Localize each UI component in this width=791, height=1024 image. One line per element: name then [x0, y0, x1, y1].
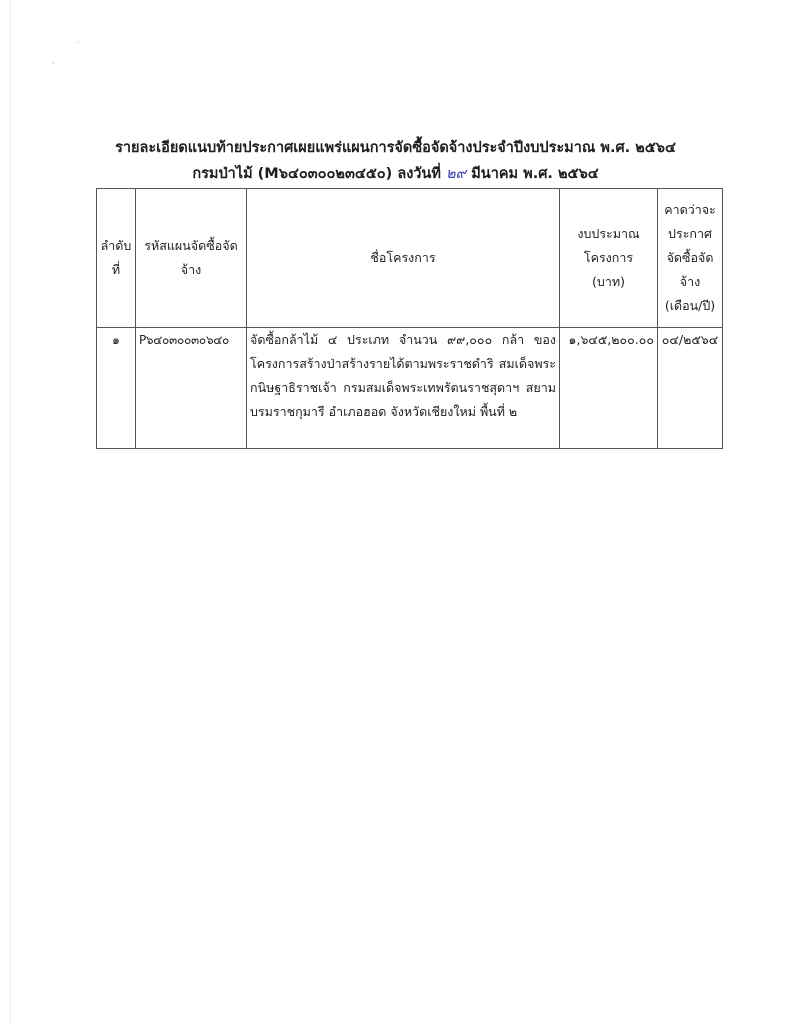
- table-header-row: ลำดับ ที่ รหัสแผนจัดซื้อจัด จ้าง ชื่อโคร…: [97, 189, 723, 328]
- header-plan-code: รหัสแผนจัดซื้อจัด จ้าง: [136, 189, 247, 328]
- header-budget: งบประมาณ โครงการ (บาท): [560, 189, 658, 328]
- table-row: ๑ P๖๔๐๓๐๐๓๐๖๔๐ จัดซื้อกล้าไม้ ๔ ประเภท จ…: [97, 328, 723, 449]
- handwritten-day: ๒๙: [446, 166, 466, 182]
- procurement-plan-table: ลำดับ ที่ รหัสแผนจัดซื้อจัด จ้าง ชื่อโคร…: [96, 188, 723, 449]
- document-title: รายละเอียดแนบท้ายประกาศเผยแพร่แผนการจัดซ…: [0, 136, 791, 159]
- header-expected-month: คาดว่าจะ ประกาศ จัดซื้อจัด จ้าง (เดือน/ป…: [658, 189, 723, 328]
- scan-speck: ·: [52, 60, 55, 68]
- subtitle-prefix: กรมป่าไม้ (M๖๔๐๓๐๐๒๓๔๕๐) ลงวันที่: [192, 166, 441, 182]
- document-subtitle: กรมป่าไม้ (M๖๔๐๓๐๐๒๓๔๕๐) ลงวันที่ ๒๙ มีน…: [0, 162, 791, 185]
- subtitle-suffix: มีนาคม พ.ศ. ๒๕๖๔: [471, 166, 598, 182]
- header-project-name: ชื่อโครงการ: [247, 189, 560, 328]
- cell-plan-code: P๖๔๐๓๐๐๓๐๖๔๐: [136, 328, 247, 449]
- scan-speck: ˙: [76, 42, 80, 50]
- cell-project-name: จัดซื้อกล้าไม้ ๔ ประเภท จำนวน ๙๙,๐๐๐ กล้…: [247, 328, 560, 449]
- cell-sequence: ๑: [97, 328, 136, 449]
- header-sequence: ลำดับ ที่: [97, 189, 136, 328]
- cell-expected-month: ๐๔/๒๕๖๔: [658, 328, 723, 449]
- cell-budget: ๑,๖๔๕,๒๐๐.๐๐: [560, 328, 658, 449]
